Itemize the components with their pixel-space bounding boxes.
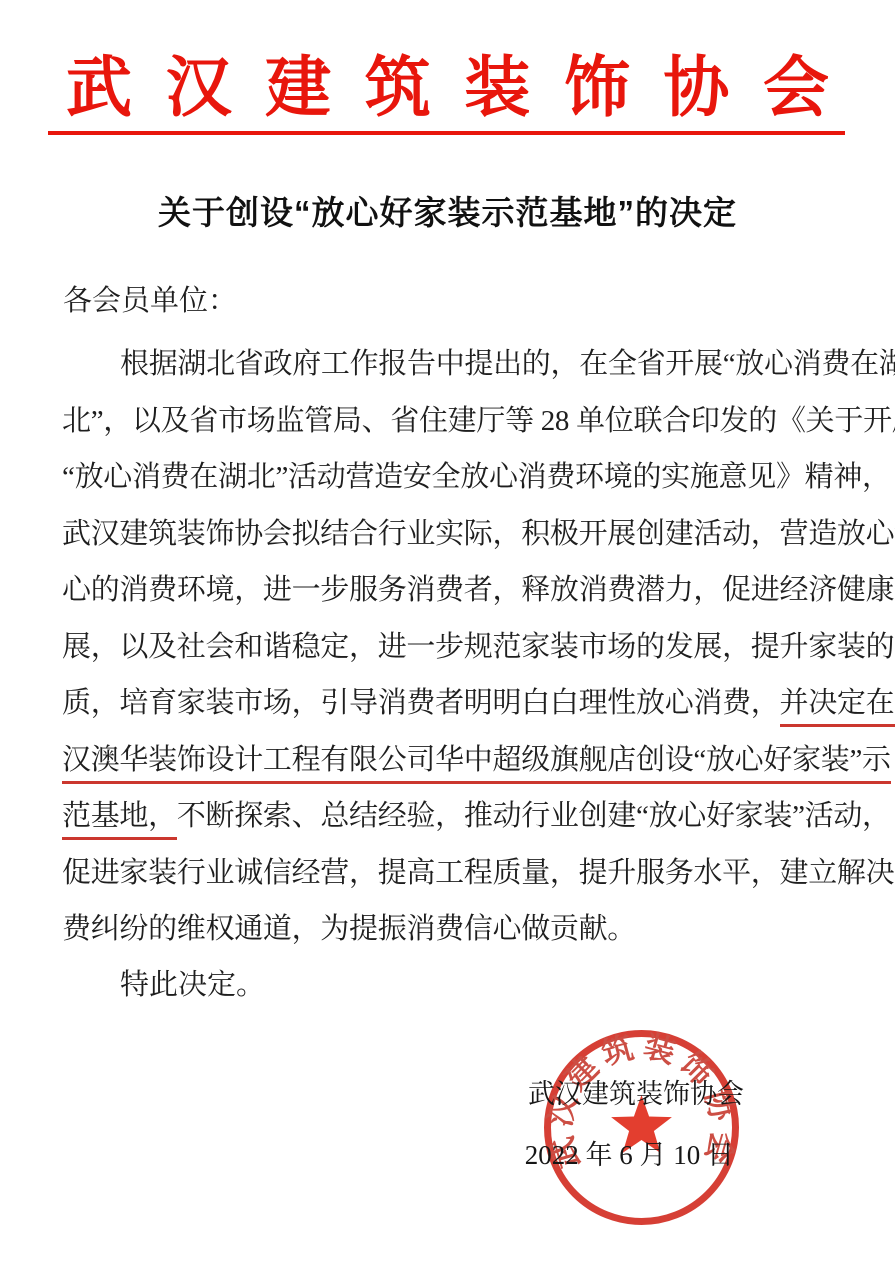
body-line: 心的消费环境，进一步服务消费者，释放消费潜力，促进经济健康发 — [62, 562, 846, 619]
letterhead-char: 饰 — [564, 52, 630, 126]
official-seal: 武汉建筑装饰协会 — [540, 1026, 743, 1229]
letterhead-char: 汉 — [166, 52, 232, 126]
body-segment: 费纠纷的维权通道，为提振消费信心做贡献。 — [62, 913, 636, 945]
body-line: 汉澳华装饰设计工程有限公司华中超级旗舰店创设“放心好家装”示 — [62, 732, 846, 789]
salutation: 各会员单位： — [63, 284, 237, 318]
letterhead-org-name: 武汉建筑装饰协会 — [66, 52, 829, 126]
body-line: 展，以及社会和谐稳定，进一步规范家装市场的发展，提升家装的品 — [62, 619, 846, 676]
body-segment-underlined: 汉澳华装饰设计工程有限公司华中超级旗舰店创设“放心好家装”示 — [62, 744, 891, 784]
document-body: 根据湖北省政府工作报告中提出的，在全省开展“放心消费在湖北”，以及省市场监管局、… — [62, 336, 846, 958]
body-segment: 北”，以及省市场监管局、省住建厅等 28 单位联合印发的《关于开展 — [62, 405, 895, 437]
body-segment-underlined: 并决定在武 — [780, 687, 895, 727]
document-title: 关于创设“放心好家装示范基地”的决定 — [0, 191, 895, 235]
letterhead-divider — [48, 131, 845, 135]
body-line: 范基地，不断探索、总结经验，推动行业创建“放心好家装”活动， — [62, 788, 846, 845]
signature-org: 武汉建筑装饰协会 — [528, 1078, 744, 1110]
body-segment: 心的消费环境，进一步服务消费者，释放消费潜力，促进经济健康发 — [62, 574, 895, 606]
body-line: 质，培育家装市场，引导消费者明明白白理性放心消费，并决定在武 — [62, 675, 846, 732]
body-segment: 武汉建筑装饰协会拟结合行业实际，积极开展创建活动，营造放心舒 — [62, 518, 895, 550]
letterhead-char: 建 — [265, 52, 331, 126]
body-segment: 根据湖北省政府工作报告中提出的，在全省开展“放心消费在湖 — [120, 348, 895, 380]
letterhead-char: 武 — [66, 52, 132, 126]
body-line: 促进家装行业诚信经营，提高工程质量，提升服务水平，建立解决消 — [62, 845, 846, 902]
body-segment: 质，培育家装市场，引导消费者明明白白理性放心消费， — [62, 687, 780, 719]
signature-date: 2022 年 6 月 10 日 — [525, 1139, 734, 1171]
body-segment: 不断探索、总结经验，推动行业创建“放心好家装”活动， — [177, 800, 891, 832]
letterhead-char: 会 — [763, 52, 829, 126]
body-line: 费纠纷的维权通道，为提振消费信心做贡献。 — [62, 901, 846, 958]
body-line: “放心消费在湖北”活动营造安全放心消费环境的实施意见》精神， — [62, 449, 846, 506]
body-segment-underlined: 范基地， — [62, 800, 177, 840]
letterhead-char: 筑 — [365, 52, 431, 126]
body-line: 武汉建筑装饰协会拟结合行业实际，积极开展创建活动，营造放心舒 — [62, 506, 846, 563]
body-segment: 促进家装行业诚信经营，提高工程质量，提升服务水平，建立解决消 — [62, 857, 895, 889]
body-line: 根据湖北省政府工作报告中提出的，在全省开展“放心消费在湖 — [62, 336, 846, 393]
body-segment: 展，以及社会和谐稳定，进一步规范家装市场的发展，提升家装的品 — [62, 631, 895, 663]
body-segment: “放心消费在湖北”活动营造安全放心消费环境的实施意见》精神， — [62, 461, 891, 493]
letterhead-char: 协 — [663, 52, 729, 126]
letterhead-char: 装 — [464, 52, 530, 126]
closing-line: 特此决定。 — [62, 957, 265, 1014]
body-line: 北”，以及省市场监管局、省住建厅等 28 单位联合印发的《关于开展 — [62, 393, 846, 450]
document-page: 武汉建筑装饰协会 关于创设“放心好家装示范基地”的决定 各会员单位： 根据湖北省… — [0, 0, 895, 1276]
